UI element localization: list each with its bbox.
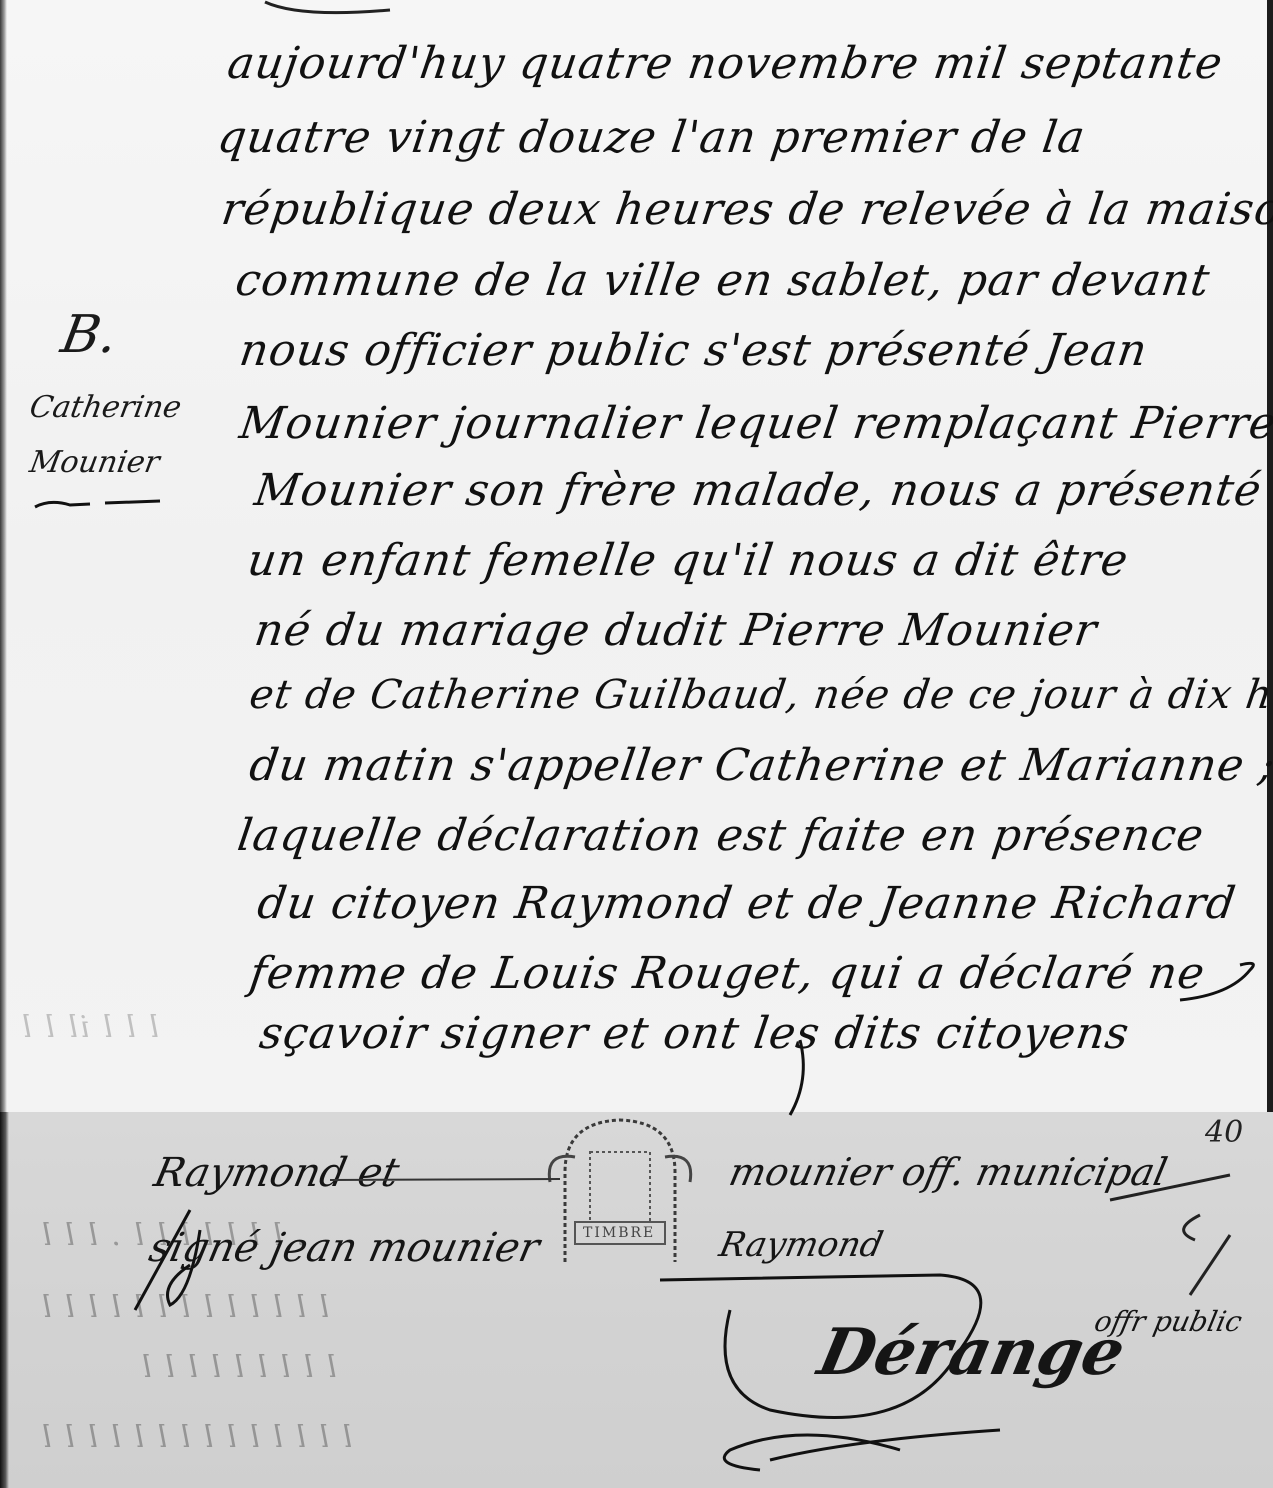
record-line-4: commune de la ville en sablet, par devan… (232, 255, 1213, 306)
record-line-3: république deux heures de relevée à la m… (218, 184, 1273, 235)
witness-name: Raymond et (150, 1150, 403, 1196)
signature-loop (130, 1205, 250, 1315)
record-line-7: Mounier son frère malade, nous a présent… (251, 465, 1265, 516)
left-page-edge (0, 0, 7, 1112)
signature-rule (330, 1175, 560, 1185)
left-page-edge-lower (0, 1112, 9, 1488)
descender-stroke (780, 1040, 820, 1120)
right-page-edge (1267, 0, 1273, 1112)
record-line-15: sçavoir signer et ont les dits citoyens (256, 1008, 1132, 1059)
signature-title: offr public (1091, 1305, 1244, 1338)
stamp-text: TIMBRE (583, 1225, 655, 1241)
record-line-12: laquelle déclaration est faite en présen… (234, 810, 1207, 861)
record-line-10: et de Catherine Guilbaud, née de ce jour… (247, 672, 1273, 718)
margin-last-name: Mounier (27, 445, 162, 480)
flourish-stroke (260, 0, 400, 20)
record-line-14: femme de Louis Rouget, qui a déclaré ne (246, 948, 1208, 999)
folio-number: 40 (1205, 1115, 1243, 1150)
bleed-through-text: l l l l l l l l l l l l l l (40, 1420, 352, 1455)
margin-underline (30, 495, 170, 515)
line-end-flourish (1180, 960, 1270, 1020)
record-line-13: du citoyen Raymond et de Jeanne Richard (254, 878, 1239, 929)
bleed-through-text: l l l l l l l l l (140, 1350, 337, 1385)
record-line-2: quatre vingt douze l'an premier de la (214, 112, 1088, 163)
record-line-11: du matin s'appeller Catherine et Mariann… (246, 740, 1273, 791)
margin-letter: B. (57, 305, 122, 365)
record-line-1: aujourd'huy quatre novembre mil septante (224, 38, 1226, 89)
record-line-9: né du mariage dudit Pierre Mounier (251, 605, 1100, 656)
margin-first-name: Catherine (27, 390, 184, 425)
signature-derange: Dérange (812, 1315, 1131, 1390)
record-line-8: un enfant femelle qu'il nous a dit être (244, 535, 1131, 586)
record-line-6: Mounier journalier lequel remplaçant Pie… (236, 398, 1273, 449)
record-line-5: nous officier public s'est présenté Jean (236, 325, 1150, 376)
bleed-through-text: l l l il l l (20, 1010, 159, 1045)
folio-flourish (1100, 1155, 1240, 1305)
